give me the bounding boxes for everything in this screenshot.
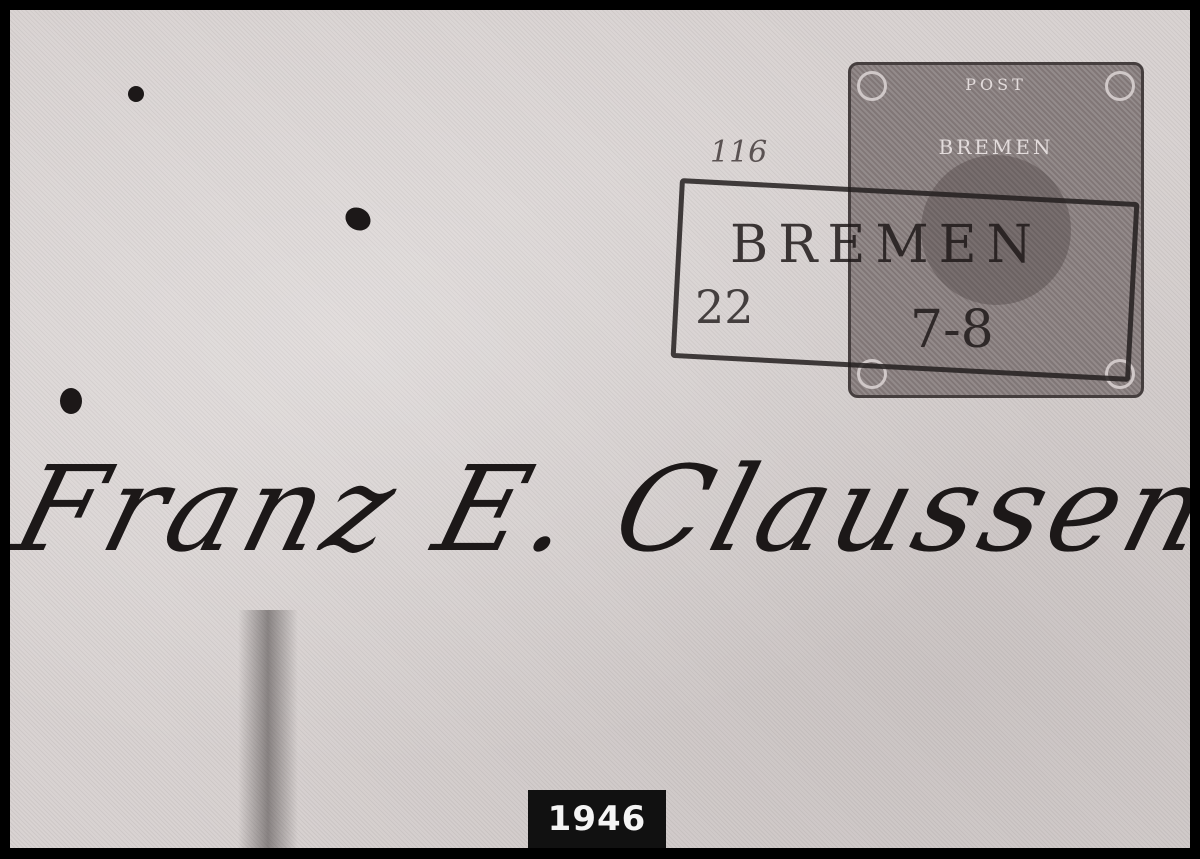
cancellation-text: BREMEN bbox=[730, 215, 1042, 275]
scanned-cover-photo: 116 POST BREMEN BREMEN 22 7-8 Franz E. C… bbox=[10, 10, 1190, 848]
lot-number-label: 1946 bbox=[528, 790, 666, 848]
ink-spot bbox=[341, 203, 375, 235]
cancellation-date-day: 22 bbox=[695, 280, 754, 334]
handwritten-addressee: Franz E. Claussen. bbox=[10, 440, 1190, 578]
stamp-top-text: POST bbox=[851, 75, 1141, 94]
ink-spot bbox=[128, 86, 144, 102]
ink-smudge bbox=[238, 610, 298, 848]
ink-spot bbox=[60, 388, 82, 414]
stamp-arc-text: BREMEN bbox=[851, 135, 1141, 159]
cancellation-date-time: 7-8 bbox=[910, 300, 994, 360]
pencil-note: 116 bbox=[710, 135, 767, 170]
